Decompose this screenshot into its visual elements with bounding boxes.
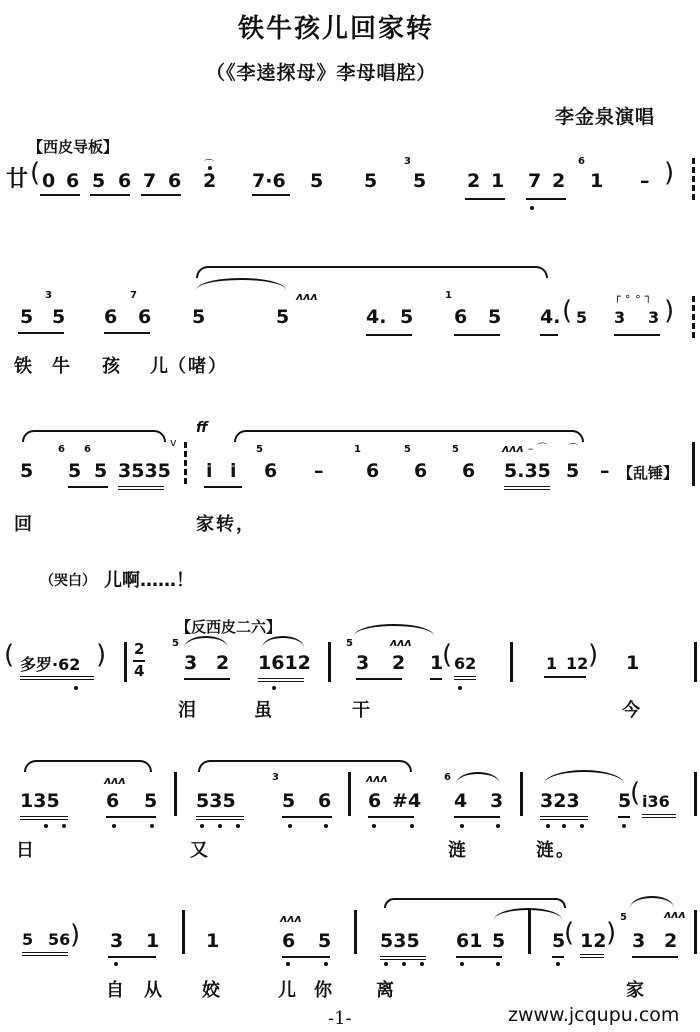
- slur: [184, 636, 228, 648]
- close-paren: ): [664, 296, 674, 326]
- grace-note: 3: [45, 290, 52, 301]
- octave-dot: [236, 824, 240, 828]
- section-label-luanchui: 【乱锤】: [618, 462, 678, 483]
- octave-dot: [150, 824, 154, 828]
- octave-dot: [580, 824, 584, 828]
- grace-note: 5: [452, 444, 459, 455]
- octave-dot: [460, 824, 464, 828]
- underline: [282, 816, 332, 818]
- underline: [18, 332, 64, 334]
- note: 6: [282, 930, 295, 952]
- close-paren: ): [70, 920, 80, 950]
- octave-dot: [460, 962, 464, 966]
- note: 5: [488, 306, 501, 328]
- note: 5: [94, 460, 107, 482]
- time-signature-num: 2: [134, 640, 144, 658]
- note: 2: [392, 652, 405, 674]
- note: 4.: [366, 306, 386, 328]
- score-title: 铁牛孩儿回家转: [238, 8, 434, 45]
- underline: [252, 194, 290, 196]
- underline: [141, 194, 181, 196]
- bar-line: [182, 910, 185, 954]
- note: –: [314, 460, 324, 482]
- octave-dot: [556, 962, 560, 966]
- octave-dot: [62, 824, 66, 828]
- lyric: 回: [14, 510, 34, 536]
- note: 6: [118, 170, 131, 192]
- octave-dot: [496, 824, 500, 828]
- note: 6: [414, 460, 427, 482]
- note: –: [600, 460, 610, 482]
- note: 3535: [118, 460, 171, 482]
- note: 5: [413, 170, 426, 192]
- note: 2: [664, 930, 677, 952]
- octave-dot: [324, 824, 328, 828]
- note: 5: [22, 930, 33, 949]
- note: 2: [467, 170, 480, 192]
- trill-ornament: ʌʌʌ: [664, 908, 686, 921]
- octave-dot: [44, 824, 48, 828]
- grace-note: 1: [445, 290, 452, 301]
- underline: [632, 956, 678, 958]
- note: 1: [590, 170, 603, 192]
- lyric: 儿: [278, 976, 298, 1002]
- phrase-mark: [22, 430, 166, 442]
- underline: [282, 956, 330, 958]
- lyric: 家: [626, 976, 646, 1002]
- phrase-mark: [24, 760, 152, 772]
- bar-line: [694, 910, 697, 954]
- note: 1: [546, 654, 557, 673]
- note: 3: [648, 308, 659, 327]
- note: 3: [614, 308, 625, 327]
- bar-line: [692, 296, 695, 338]
- underline: [184, 678, 230, 680]
- grace-note: 6: [58, 444, 65, 455]
- spoken-text: 儿啊……！: [104, 566, 194, 592]
- octave-dot: [384, 962, 388, 966]
- note: 535: [196, 790, 236, 812]
- underline: [366, 334, 412, 336]
- underline: [430, 678, 442, 680]
- double-underline: [20, 816, 68, 820]
- lyric: 泪: [178, 696, 198, 722]
- note: 5: [92, 170, 105, 192]
- bar-line: [124, 642, 127, 682]
- note: 61: [456, 930, 482, 952]
- note: 6: [318, 790, 331, 812]
- score-subtitle: （《李逵探母》李母唱腔）: [206, 58, 437, 85]
- double-underline: [642, 814, 676, 818]
- note: 4: [454, 790, 467, 812]
- note: 5: [282, 790, 295, 812]
- bar-line: [694, 642, 697, 682]
- bar-line: [184, 442, 187, 484]
- lyric: 牛: [52, 352, 72, 378]
- note: 1: [206, 930, 219, 952]
- double-underline: [196, 816, 244, 820]
- lyric: 姣: [202, 976, 222, 1002]
- note: 5: [318, 930, 331, 952]
- octave-dot: [74, 686, 78, 690]
- grace-note: 6: [444, 772, 451, 783]
- octave-dot: [562, 824, 566, 828]
- octave-dot: [372, 824, 376, 828]
- slur: [630, 896, 674, 908]
- dynamic-ff: ff: [196, 420, 208, 436]
- bar-line: [348, 772, 351, 816]
- octave-dot: [324, 962, 328, 966]
- note: 135: [20, 790, 60, 812]
- slur: [354, 624, 434, 636]
- note: 6: [106, 790, 119, 812]
- octave-dot: [458, 686, 462, 690]
- note: 56: [48, 930, 70, 949]
- trill-ornament: ʌʌʌ: [104, 774, 126, 787]
- open-paren: (: [442, 640, 452, 670]
- open-paren: (: [4, 640, 14, 670]
- grace-note: 5: [346, 638, 353, 649]
- close-paren: ): [96, 640, 106, 670]
- note: #4: [392, 790, 421, 812]
- underline: [108, 956, 156, 958]
- trill-ornament: ʌʌʌ: [390, 636, 412, 649]
- underline: [465, 198, 505, 200]
- double-underline: [380, 956, 426, 960]
- lyric: 又: [190, 836, 210, 862]
- note: 62: [454, 654, 476, 673]
- section-label-fan-xipi-erliu: 【反西皮二六】: [176, 616, 281, 637]
- note: 6: [454, 306, 467, 328]
- bar-line: [692, 442, 695, 486]
- double-underline: [118, 486, 164, 490]
- bar-line: [694, 772, 697, 816]
- grace-note: 3: [404, 156, 411, 167]
- underline: [456, 956, 502, 958]
- note: 5: [192, 306, 205, 328]
- slur-mark: – ⌒: [528, 440, 548, 456]
- breath-mark: v: [170, 436, 177, 449]
- octave-dot: [208, 166, 212, 170]
- note: 2: [552, 170, 565, 192]
- double-underline: [454, 676, 476, 680]
- close-paren: ): [588, 640, 598, 670]
- note: 7: [143, 170, 156, 192]
- phrase-mark: [384, 898, 566, 908]
- octave-dot: [272, 686, 276, 690]
- double-underline: [20, 676, 94, 680]
- lyric: 你: [314, 976, 334, 1002]
- lyric: （啫）: [168, 352, 228, 378]
- lyric: 日: [16, 836, 36, 862]
- section-label-xipi-daoban: 【西皮导板】: [28, 136, 118, 157]
- note: 3: [184, 652, 197, 674]
- note: 6: [104, 306, 117, 328]
- page-number: -1-: [328, 1008, 352, 1029]
- bar-line: [692, 158, 695, 200]
- watermark: zwww.jcqupu.com: [508, 1004, 679, 1026]
- underline: [544, 676, 586, 678]
- underline: [368, 816, 414, 818]
- grace-note: 6: [84, 444, 91, 455]
- octave-dot: [200, 824, 204, 828]
- slur: [196, 278, 286, 290]
- bar-line: [510, 642, 513, 682]
- octave-dot: [420, 962, 424, 966]
- note: 1612: [258, 652, 311, 674]
- phrase-mark: [196, 266, 548, 278]
- note: 7·6: [252, 170, 286, 192]
- note: 5: [144, 790, 157, 812]
- note: 5: [20, 306, 33, 328]
- trill-ornament: ʌʌʌ: [502, 442, 524, 455]
- grace-note: 1: [354, 444, 361, 455]
- note: 0: [42, 170, 55, 192]
- double-underline: [540, 816, 588, 820]
- trill-ornament: ʌʌʌ: [366, 772, 388, 785]
- bar-line: [354, 910, 357, 954]
- octave-dot: [218, 824, 222, 828]
- note: 5: [20, 460, 33, 482]
- underline: [204, 486, 242, 488]
- octave-dot: [546, 824, 550, 828]
- lyric: 儿: [150, 352, 170, 378]
- grace-note: 5: [172, 638, 179, 649]
- time-signature-den: 4: [134, 662, 144, 680]
- underline: [614, 334, 660, 336]
- open-paren: (: [30, 158, 40, 188]
- note: 6: [138, 306, 151, 328]
- note: 3: [110, 930, 123, 952]
- underline: [104, 332, 150, 334]
- note: 5: [310, 170, 323, 192]
- octave-dot: [114, 962, 118, 966]
- octave-dot: [402, 962, 406, 966]
- note: 2: [203, 170, 216, 192]
- note: 5: [276, 306, 289, 328]
- double-underline: [504, 486, 550, 490]
- open-paren: (: [630, 778, 640, 808]
- bar-line: [520, 772, 523, 816]
- grace-note: 5: [404, 444, 411, 455]
- note: 5.35: [504, 460, 551, 482]
- bar-line: [328, 642, 331, 682]
- underline: [618, 816, 630, 818]
- note: 1: [626, 652, 639, 674]
- bar-line: [174, 772, 177, 816]
- underline: [454, 334, 500, 336]
- lyric: 干: [352, 696, 372, 722]
- close-paren: ): [606, 918, 616, 948]
- note: 6: [66, 170, 79, 192]
- note: 5: [400, 306, 413, 328]
- note: 535: [380, 930, 420, 952]
- note: 1: [146, 930, 159, 952]
- grace-note: 5: [256, 444, 263, 455]
- underline: [68, 486, 108, 488]
- note: 6: [168, 170, 181, 192]
- lyric: 离: [376, 976, 396, 1002]
- lyric: 孩: [102, 352, 122, 378]
- slur: [544, 770, 624, 784]
- lyric: 虽: [254, 696, 274, 722]
- note: 3: [490, 790, 503, 812]
- slur: [456, 772, 500, 784]
- underline: [106, 816, 156, 818]
- note: 12: [580, 930, 606, 952]
- note: 5: [492, 930, 505, 952]
- grace-note: 6: [578, 156, 585, 167]
- note: 5: [566, 460, 579, 482]
- note: 5: [68, 460, 81, 482]
- underline: [356, 678, 402, 680]
- octave-dot: [410, 824, 414, 828]
- octave-dot: [286, 962, 290, 966]
- note: 6: [462, 460, 475, 482]
- note: 7: [528, 170, 541, 192]
- note: 323: [540, 790, 580, 812]
- underline: [540, 334, 558, 336]
- lyric: 铁: [14, 352, 34, 378]
- note: 5: [364, 170, 377, 192]
- lyric: 家转，: [196, 510, 256, 536]
- underline: [40, 194, 80, 196]
- octave-dot: [496, 962, 500, 966]
- underline: [454, 816, 500, 818]
- note: i36: [642, 792, 670, 811]
- close-paren: ): [664, 158, 674, 188]
- note: 5: [52, 306, 65, 328]
- grace-note: 3: [272, 772, 279, 783]
- double-underline: [258, 678, 304, 682]
- note: i: [230, 460, 237, 482]
- note: 12: [566, 654, 588, 673]
- octave-dot: [112, 824, 116, 828]
- trill-ornament: ʌʌʌ: [296, 290, 318, 303]
- grace-note: 7: [130, 290, 137, 301]
- spoken-cue: （哭白）: [40, 570, 96, 590]
- note: 6: [366, 460, 379, 482]
- octave-dot: [288, 824, 292, 828]
- note: –: [640, 170, 650, 192]
- note: 2: [216, 652, 229, 674]
- lyric: 涟。: [536, 836, 576, 862]
- underline: [552, 956, 564, 958]
- octave-dot: [622, 824, 626, 828]
- underline: [90, 194, 130, 196]
- bar-line: [528, 910, 531, 954]
- double-underline: [580, 954, 604, 958]
- note: 3: [632, 930, 645, 952]
- note: 3: [356, 652, 369, 674]
- grace-note: 5: [620, 912, 627, 923]
- lyric: 从: [144, 976, 164, 1002]
- trill-ornament: ʌʌʌ: [280, 912, 302, 925]
- performer-credit: 李金泉演唱: [555, 102, 655, 129]
- note: 6: [264, 460, 277, 482]
- open-paren: (: [564, 918, 574, 948]
- free-meter-mark: 廿: [6, 162, 28, 193]
- fermata-icon: ⌒: [568, 440, 578, 455]
- lyric: 涟: [448, 836, 468, 862]
- phrase-mark: [198, 760, 412, 772]
- note: 1: [491, 170, 504, 192]
- open-paren: (: [562, 296, 572, 326]
- note: 4.: [540, 306, 560, 328]
- note: 5: [576, 308, 587, 327]
- slur: [262, 636, 304, 648]
- double-underline: [22, 952, 68, 956]
- note: 多罗·62: [20, 652, 80, 675]
- octave-dot: [530, 206, 534, 210]
- lyric: 今: [622, 696, 642, 722]
- underline: [526, 198, 566, 200]
- note: i: [206, 460, 213, 482]
- lyric: 自: [106, 976, 126, 1002]
- note: 6: [368, 790, 381, 812]
- bracket-mark: ┌ ∘ ∘ ┐: [614, 290, 652, 303]
